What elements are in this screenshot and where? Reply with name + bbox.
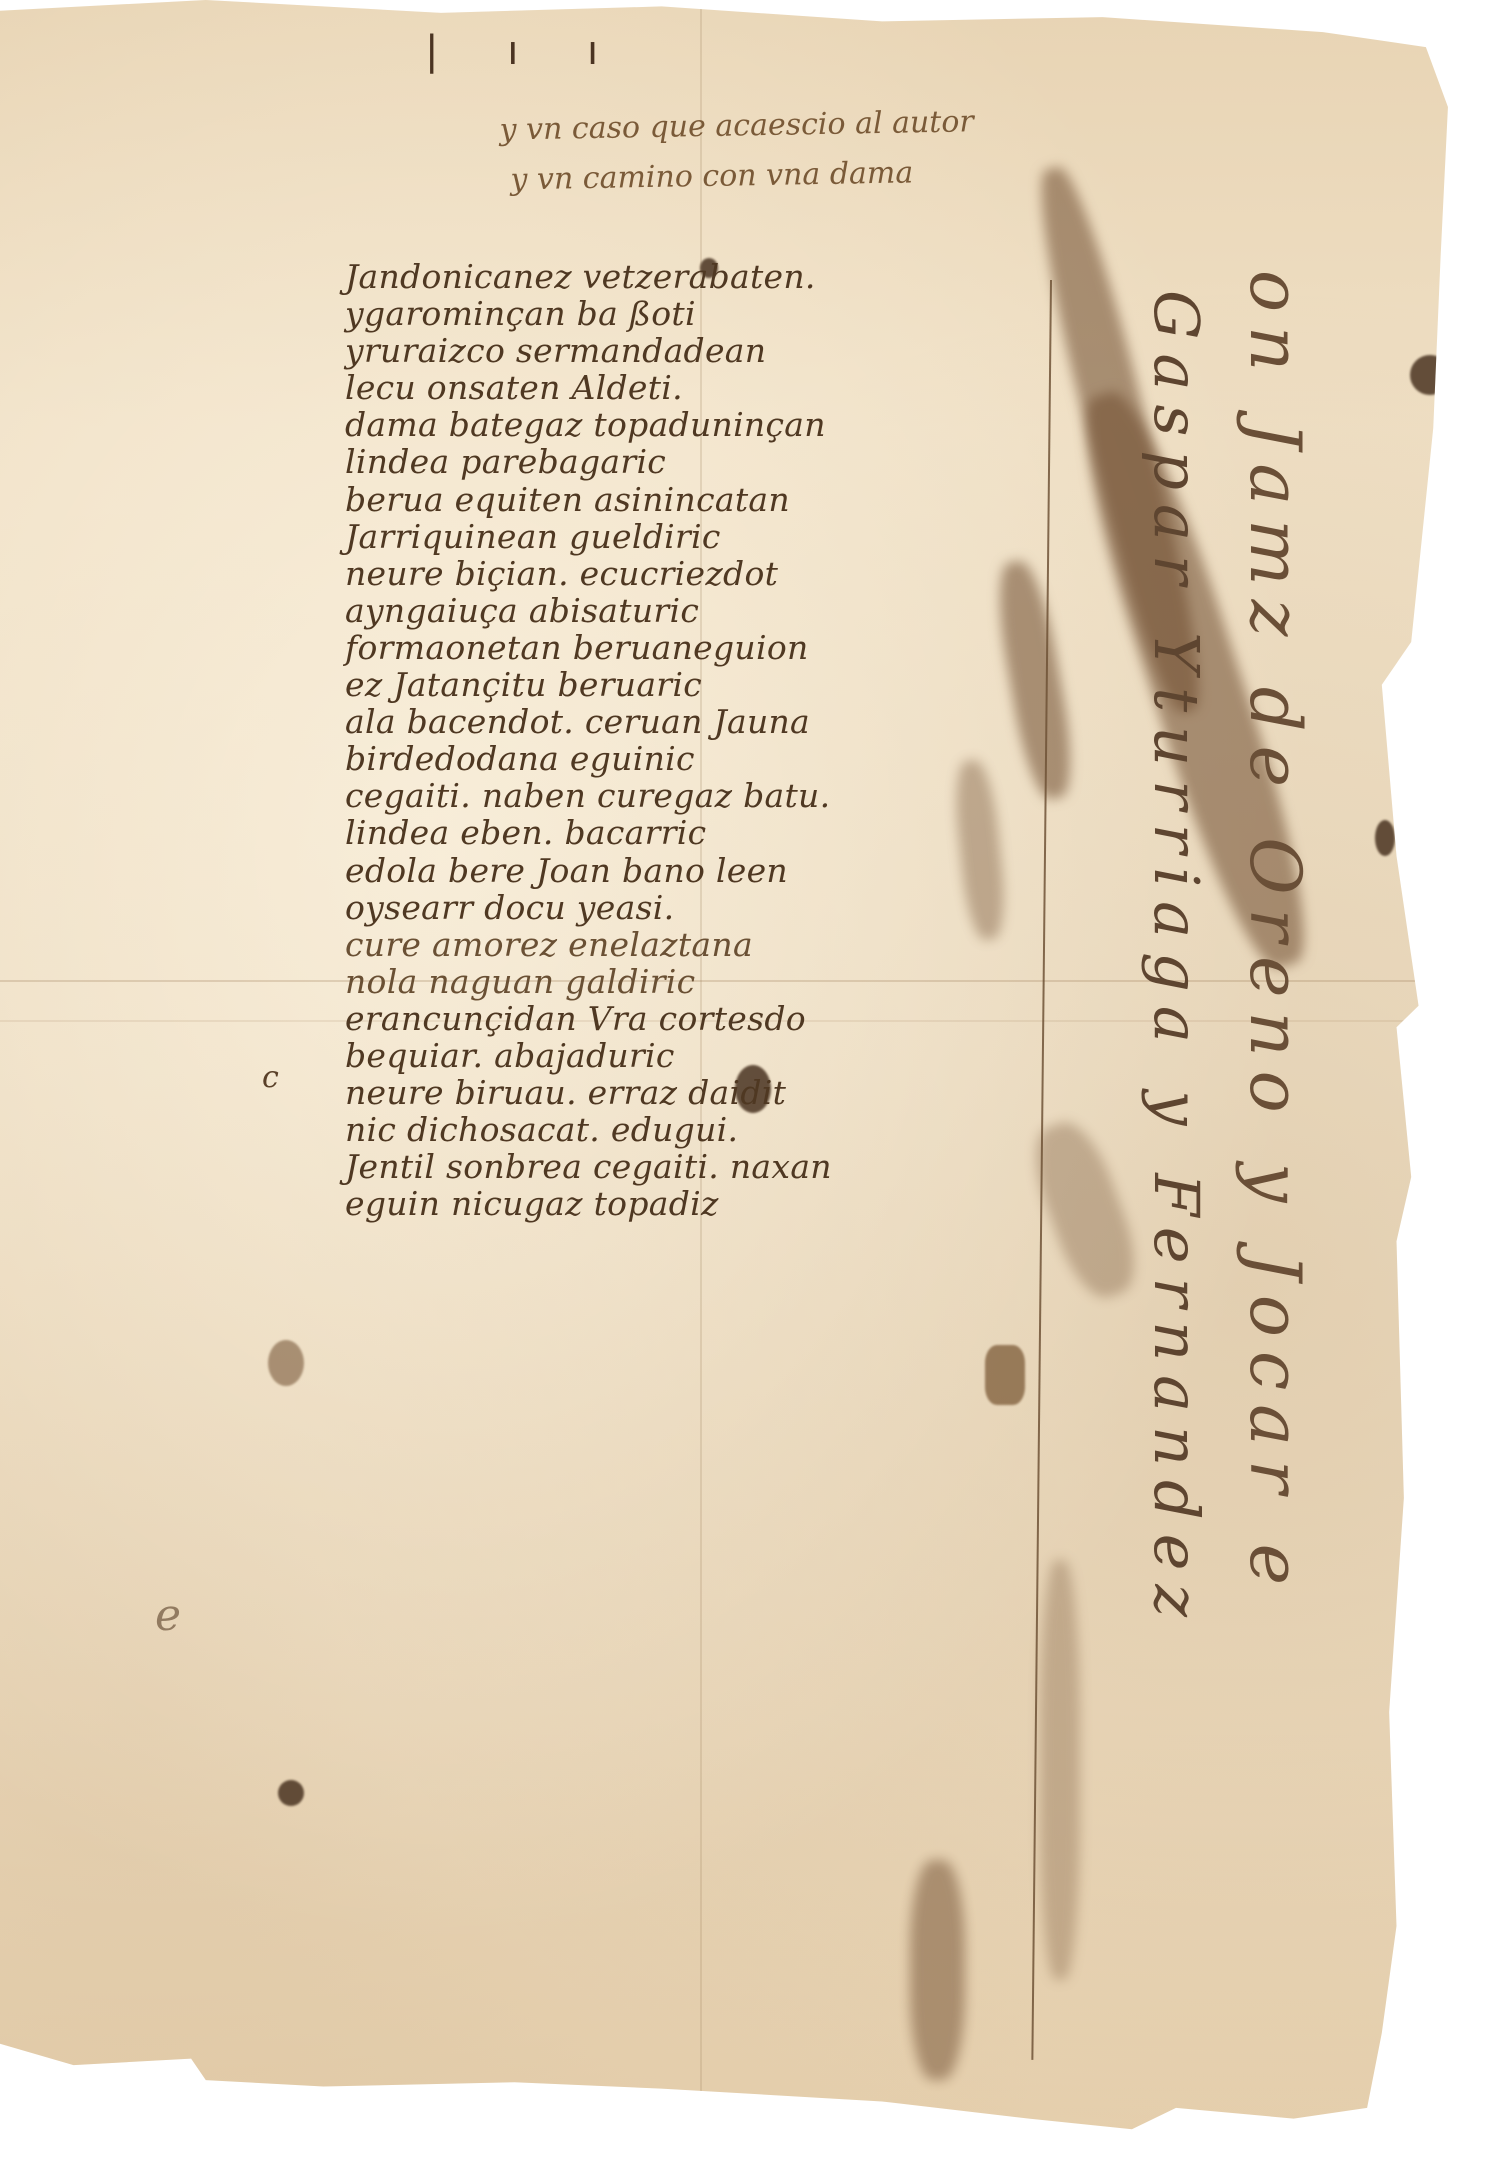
verse-line: dama bategaz topaduninçan [345,406,1025,443]
verse-line: ygarominçan ba ßoti [345,295,1025,332]
ink-blot [268,1340,304,1386]
left-margin-mark: c [262,1060,279,1095]
verse-line: erancunçidan Vra cortesdo [345,1000,1025,1037]
ink-blot [1410,355,1450,395]
verse-line: birdedodana eguinic [345,740,1025,777]
verse-line: lindea parebagaric [345,443,1025,480]
ink-blot [278,1780,304,1806]
verse-line: cure amorez enelaztana [345,926,1025,963]
verse-line: Jentil sonbrea cegaiti. naxan [345,1148,1025,1185]
verse-line: neure biruau. erraz daidit [345,1074,1025,1111]
verse-block: Jandonicanez vetzerabaten. ygarominçan b… [345,258,1025,1222]
verse-line: edola bere Joan bano leen [345,852,1025,889]
margin-note-vertical: Gaspar Yturriaga y Fernandez [1145,290,1207,1631]
verse-line: ayngaiuça abisaturic [345,592,1025,629]
verse-line: eguin nicugaz topadiz [345,1185,1025,1222]
verse-line: nola naguan galdiric [345,963,1025,1000]
verse-line: neure biçian. ecucriezdot [345,555,1025,592]
verse-line: lindea eben. bacarric [345,814,1025,851]
verse-line: oysearr docu yeasi. [345,889,1025,926]
verse-line: berua equiten asinincatan [345,481,1025,518]
manuscript-heading: y vn caso que acaescio al autor y vn cam… [499,94,1141,205]
left-margin-mark: e [155,1590,181,1641]
verse-line: ez Jatançitu beruaric [345,666,1025,703]
ink-stain [910,1860,965,2080]
ink-blot [1375,820,1395,856]
verse-line: formaonetan beruaneguion [345,629,1025,666]
verse-line: yruraizco sermandadean [345,332,1025,369]
verse-line: Jarriquinean gueldiric [345,518,1025,555]
verse-line: nic dichosacat. edugui. [345,1111,1025,1148]
margin-note-vertical: on Jamz de Oreno y Jocar e [1240,270,1310,1599]
ink-stain [1040,1560,1080,1980]
verse-line: cegaiti. naben curegaz batu. [345,777,1025,814]
verse-line: lecu onsaten Aldeti. [345,369,1025,406]
manuscript-page: | ı ı y vn caso que acaescio al autor y … [0,0,1470,2140]
ink-blot [985,1345,1025,1405]
verse-line: Jandonicanez vetzerabaten. [345,258,1025,295]
top-marks: | ı ı [425,28,626,74]
verse-line: bequiar. abajaduric [345,1037,1025,1074]
verse-line: ala bacendot. ceruan Jauna [345,703,1025,740]
